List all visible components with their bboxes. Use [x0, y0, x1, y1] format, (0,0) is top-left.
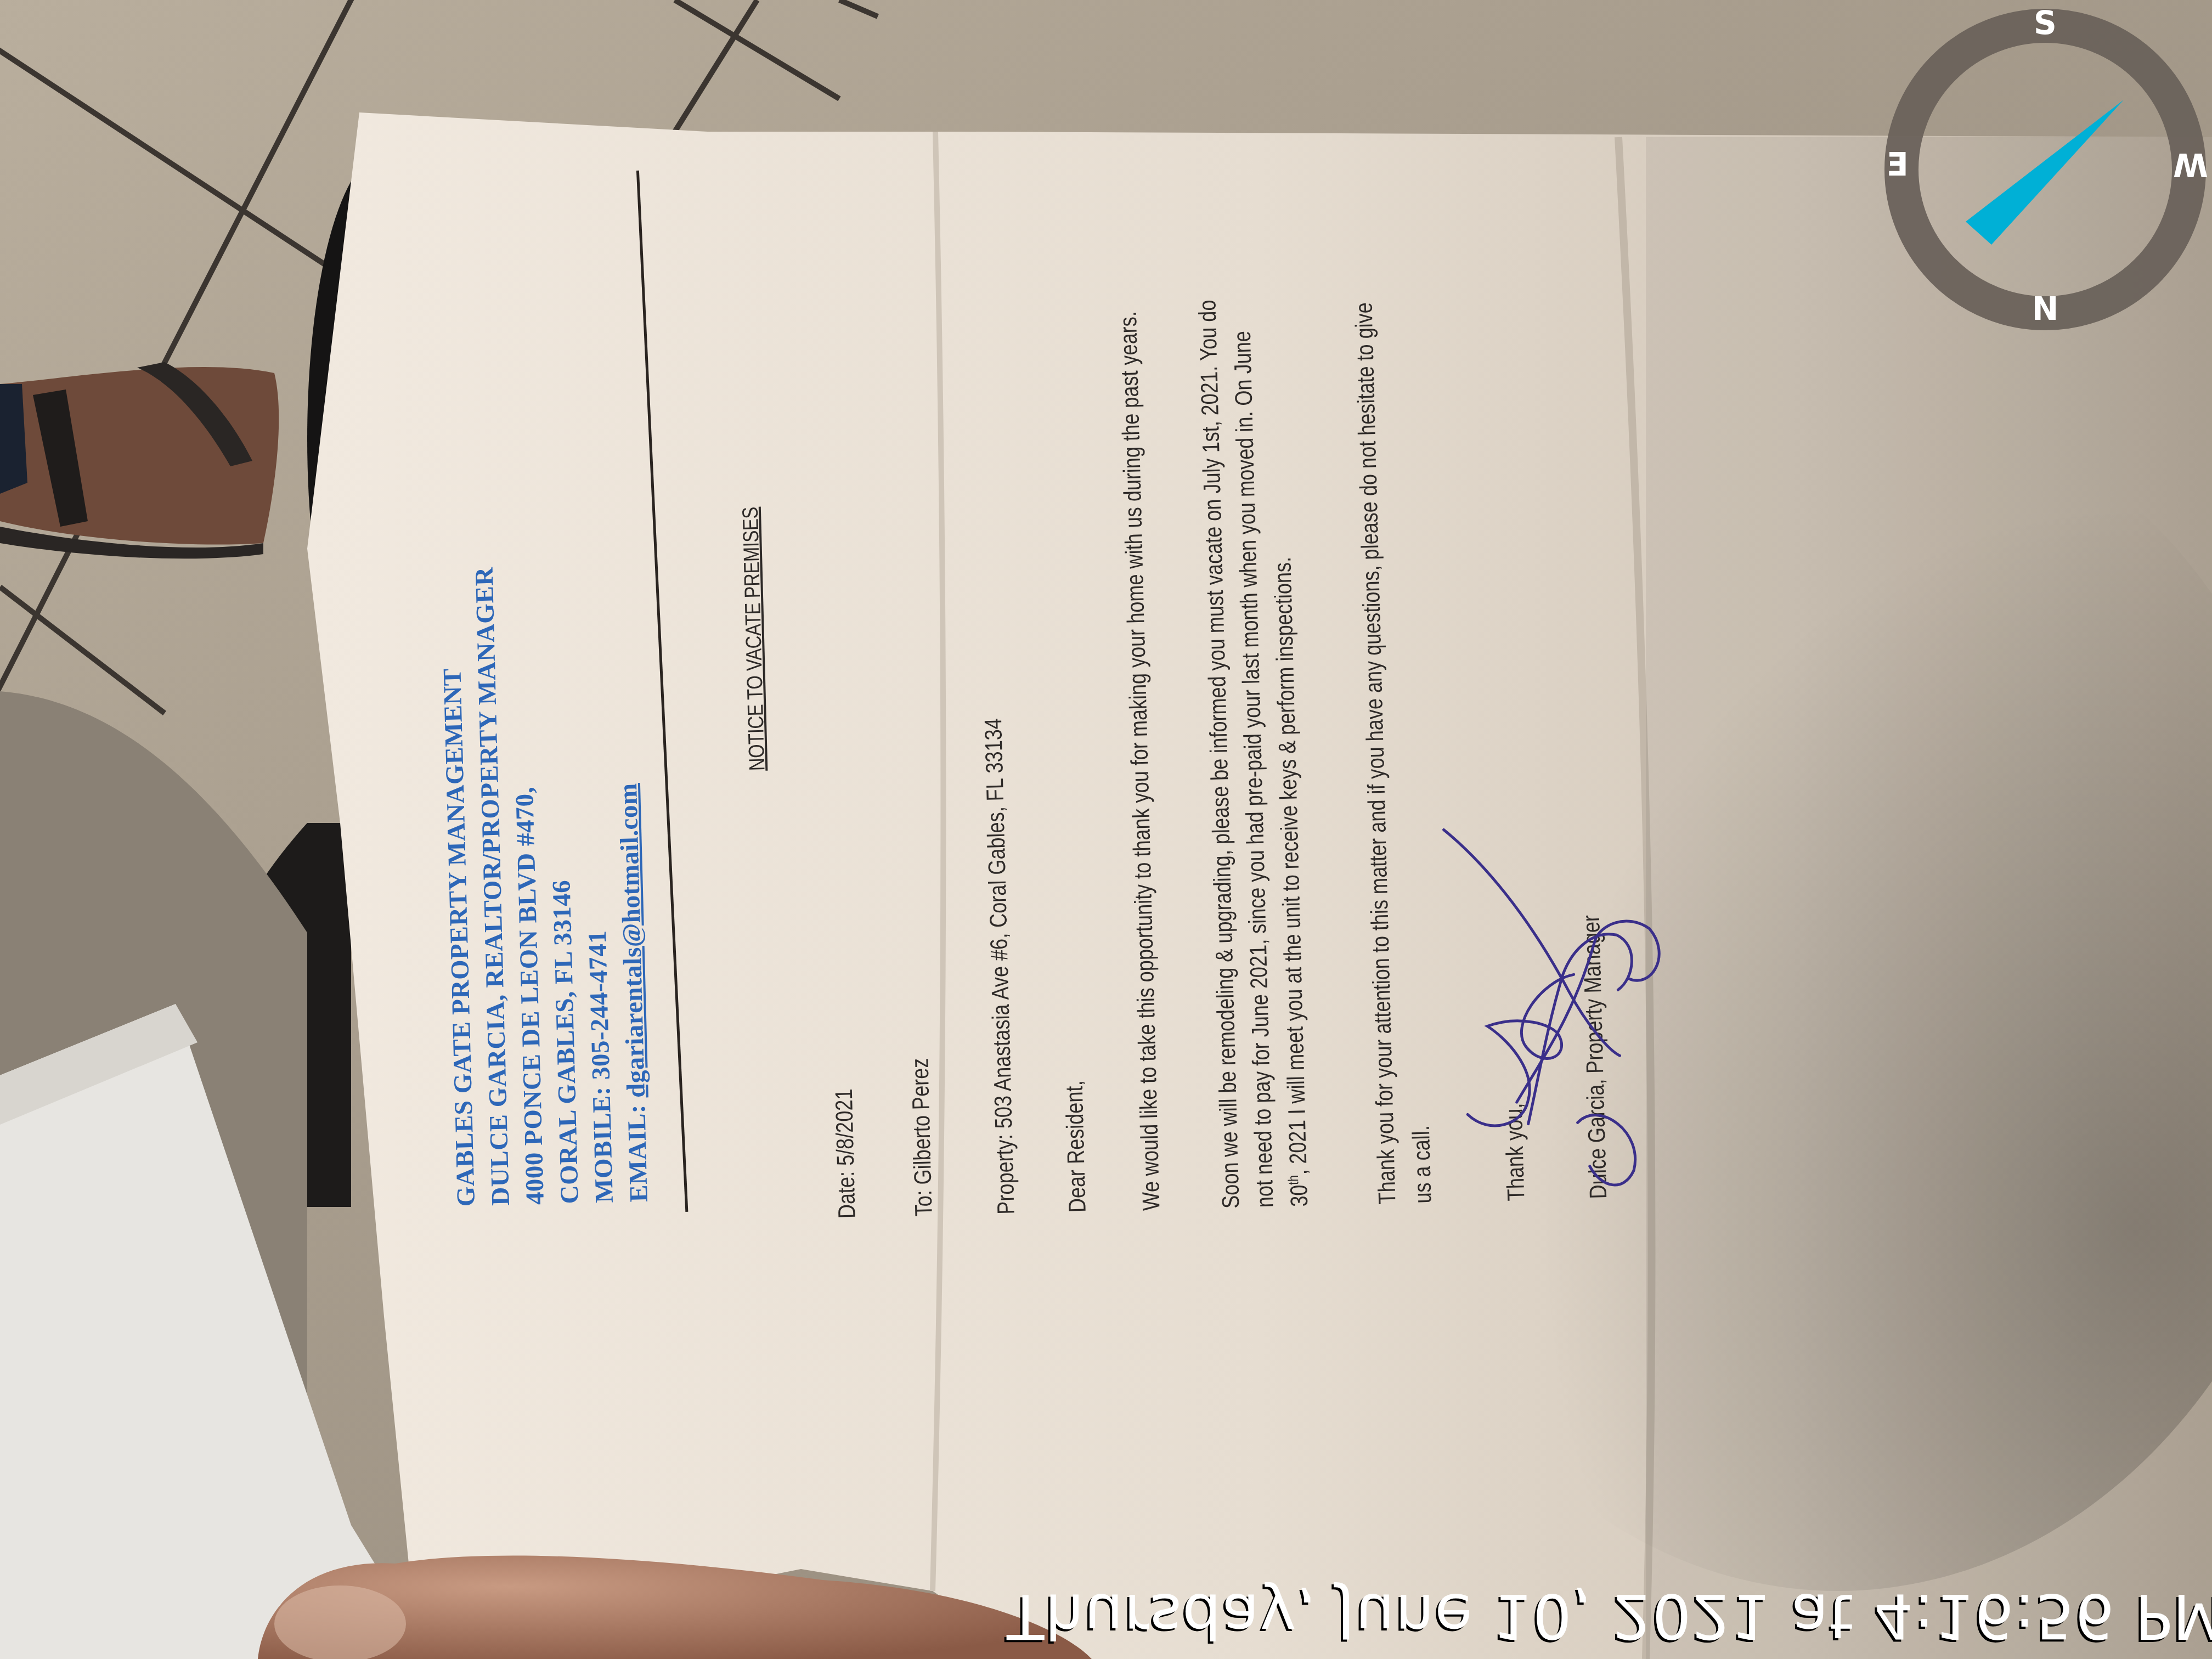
timestamp-overlay: Thursday, June 10, 2021 at 4:16:56 PM [1007, 1580, 2205, 1651]
ordinal-suffix: th [1285, 1175, 1301, 1186]
compass-label-right: W [2169, 146, 2212, 183]
email-link[interactable]: dgariarentals@hotmail.com [614, 783, 651, 1098]
property-line: Property: 503 Anastasia Ave #6, Coral Ga… [980, 718, 1020, 1215]
letter-document: GABLES GATE PROPERTY MANAGEMENT DULCE GA… [420, 32, 1772, 1437]
photo-scene: GABLES GATE PROPERTY MANAGEMENT DULCE GA… [0, 0, 2212, 1659]
letterhead: GABLES GATE PROPERTY MANAGEMENT DULCE GA… [433, 563, 657, 1207]
compass-overlay: S N E W [1883, 8, 2207, 331]
date-line: Date: 5/8/2021 [831, 1088, 861, 1219]
signature-line: Dulce Garcia, Property Manager [1578, 915, 1613, 1199]
foot-with-sandal [0, 362, 279, 558]
notice-title: NOTICE TO VACATE PREMISES [738, 507, 770, 771]
closing: Thank you, [1500, 1103, 1531, 1201]
compass-icon [1883, 8, 2207, 331]
email-label: EMAIL: [622, 1097, 653, 1202]
day-number: 30 [1285, 1184, 1313, 1207]
recipient-line: To: Gilberto Perez [906, 1058, 938, 1217]
paragraph-3-line-1: Thank you for your attention to this mat… [1350, 302, 1401, 1205]
compass-label-bottom: N [2023, 290, 2067, 328]
compass-needle [1966, 100, 2124, 245]
paragraph-1: We would like to take this opportunity t… [1115, 311, 1166, 1211]
salutation: Dear Resident, [1060, 1080, 1091, 1213]
paragraph-3-line-2: us a call. [1408, 1125, 1437, 1204]
compass-label-left: E [1876, 146, 1920, 183]
compass-label-top: S [2023, 4, 2067, 42]
